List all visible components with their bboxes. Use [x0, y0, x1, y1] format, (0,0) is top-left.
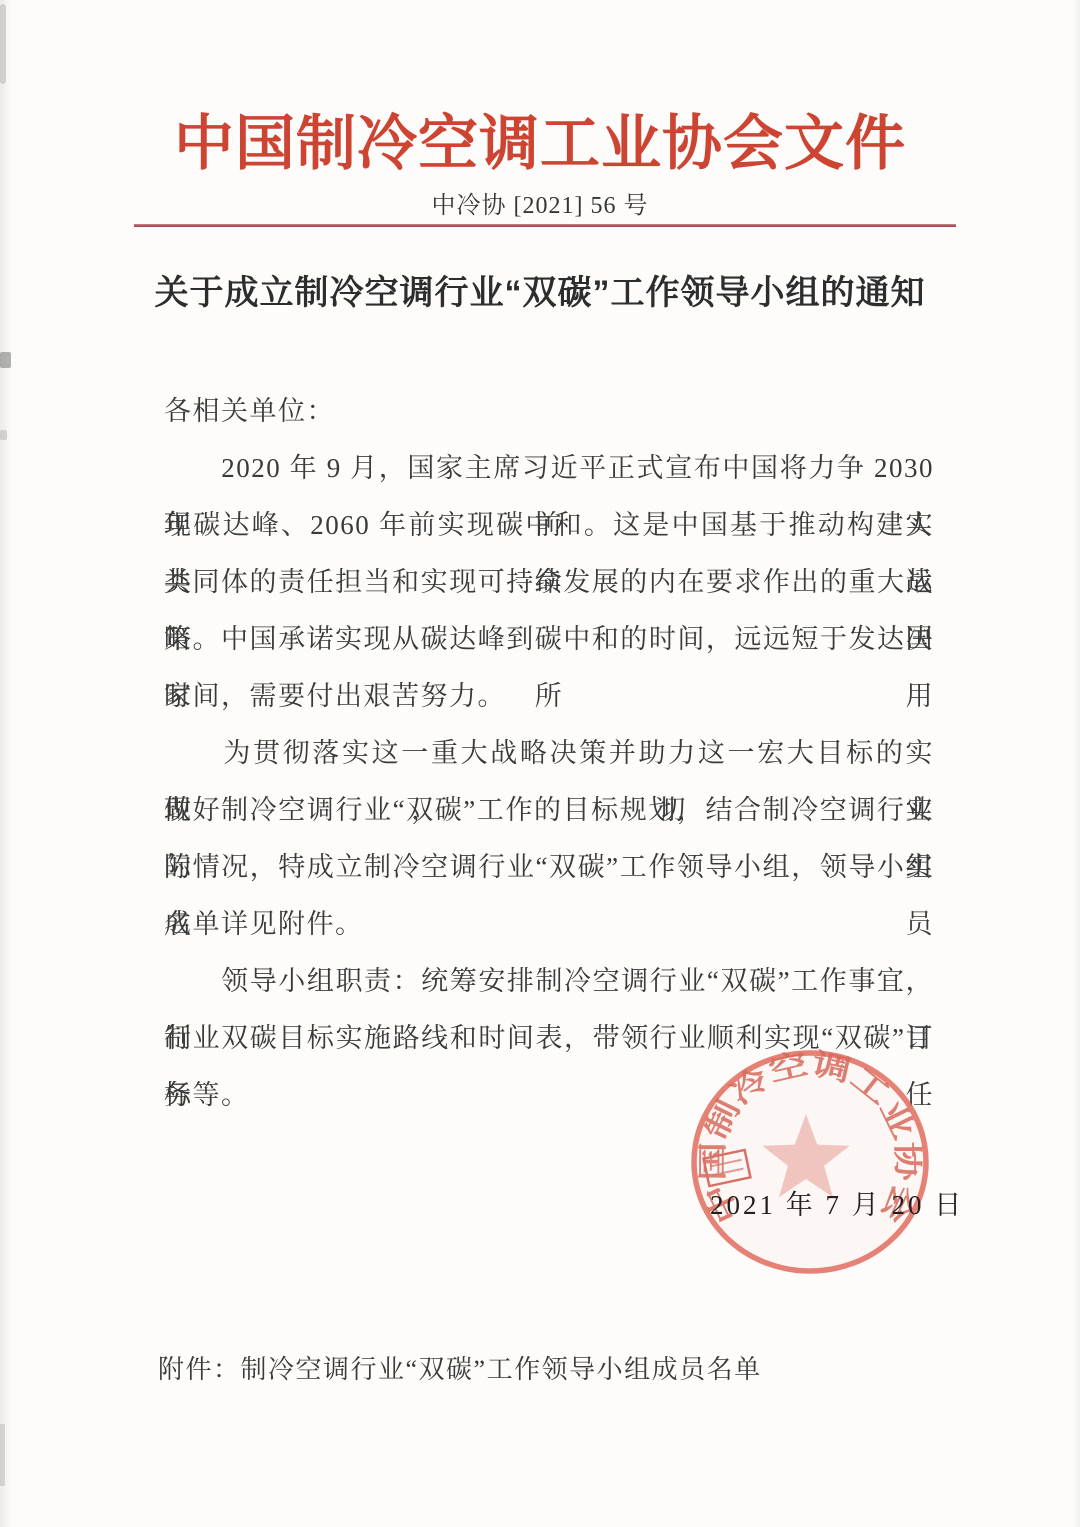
body-line: 做好制冷空调行业“双碳”工作的目标规划，结合制冷空调行业的实 [164, 782, 934, 839]
notice-body: 各相关单位： 2020 年 9 月，国家主席习近平正式宣布中国将力争 2030 … [164, 383, 934, 1124]
document-number: 中冷协 [2021] 56 号 [0, 190, 1080, 222]
body-line: 策。中国承诺实现从碳达峰到碳中和的时间，远远短于发达国家所用 [164, 611, 934, 668]
notice-title: 关于成立制冷空调行业“双碳”工作领导小组的通知 [0, 268, 1080, 318]
salutation-line: 各相关单位： [164, 383, 934, 440]
issue-date: 2021 年 7 月 20 日 [710, 1188, 964, 1222]
letterhead-org-title: 中国制冷空调工业协会文件 [0, 100, 1080, 188]
scan-edge-shadow-right [1073, 0, 1080, 1527]
official-red-seal-stamp: 中国制冷空调工业协会 [656, 1016, 968, 1328]
attachment-note: 附件：制冷空调行业“双碳”工作领导小组成员名单 [158, 1350, 762, 1390]
body-line: 共同体的责任担当和实现可持续发展的内在要求作出的重大战略决 [164, 554, 934, 611]
scan-artifact-mark [0, 1424, 5, 1486]
letterhead-divider-rule [134, 224, 956, 227]
scan-edge-shadow-left [0, 0, 12, 1527]
scan-artifact-mark [0, 352, 11, 368]
scan-artifact-mark [0, 4, 6, 84]
body-line: 为贯彻落实这一重大战略决策并助力这一宏大目标的实现，切实 [164, 725, 934, 782]
body-line: 2020 年 9 月，国家主席习近平正式宣布中国将力争 2030 年前实 [164, 440, 934, 497]
body-line: 际情况，特成立制冷空调行业“双碳”工作领导小组，领导小组成员 [164, 839, 934, 896]
body-line: 现碳达峰、2060 年前实现碳中和。这是中国基于推动构建人类命运 [164, 497, 934, 554]
body-line: 领导小组职责：统筹安排制冷空调行业“双碳”工作事宜，制订 [164, 953, 934, 1010]
scan-artifact-mark [0, 430, 7, 440]
scanned-document-page: 中国制冷空调工业协会文件 中冷协 [2021] 56 号 关于成立制冷空调行业“… [0, 0, 1080, 1527]
